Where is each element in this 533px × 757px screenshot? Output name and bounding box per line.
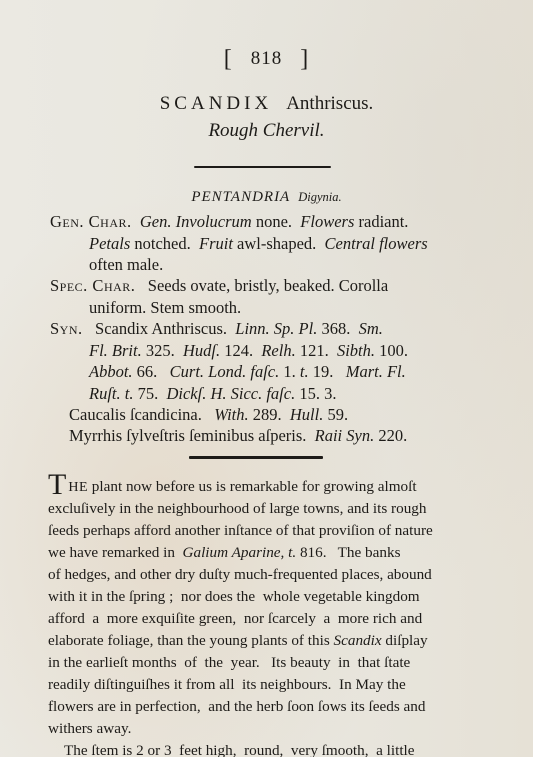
line-content: HE plant now before us is remarkable for… [68, 478, 416, 495]
text-run: 121. [296, 341, 337, 360]
italic-text: Flowers [300, 212, 354, 231]
text-run: 75. [133, 384, 166, 403]
text-run: we have remarked in [48, 544, 183, 561]
text-run: readily diſtinguiſhes it from all its ne… [48, 676, 406, 693]
italic-text: With. [214, 405, 248, 424]
italic-text: Gen. Involucrum [140, 212, 252, 231]
divider-rule [189, 456, 323, 459]
text-run: 368. [317, 319, 358, 338]
text-run: 124. [220, 341, 261, 360]
linnaean-classification: PENTANDRIADigynia. [0, 189, 533, 206]
body-line-5: of hedges, and other dry duſty much-freq… [48, 566, 432, 584]
italic-text: Raii Syn. [315, 426, 375, 445]
syn-line-1: Syn. Scandix Anthriscus. Linn. Sp. Pl. 3… [50, 319, 383, 339]
line-content: Seeds ovate, bristly, beaked. Corolla [148, 276, 388, 295]
close-bracket: ] [300, 46, 309, 72]
text-run: often male. [89, 255, 163, 274]
species-title: SCANDIXAnthriscus. [0, 93, 533, 115]
species-name: Anthriscus. [286, 93, 373, 114]
text-run: 1. [279, 362, 300, 381]
italic-text: Central flowers [325, 234, 428, 253]
text-run: 100. [375, 341, 408, 360]
order-name: Digynia. [298, 190, 341, 204]
open-bracket: [ [224, 46, 233, 72]
syn-line-4: Ruſt. t. 75. Dickſ. H. Sicc. faſc. 15. 3… [89, 384, 336, 404]
text-run: in the earlieſt months of the year. Its … [48, 654, 410, 671]
spec-char-line-1: Spec. Char. Seeds ovate, bristly, beaked… [50, 276, 388, 296]
book-page: [818] SCANDIXAnthriscus. Rough Chervil. … [0, 0, 533, 757]
syn-line-5: Caucalis ſcandicina. With. 289. Hull. 59… [69, 405, 348, 425]
body-line-8: elaborate foliage, than the young plants… [48, 632, 428, 650]
body-line-4: we have remarked in Galium Aparine, t. 8… [48, 544, 400, 562]
syn-line-3: Abbot. 66. Curt. Lond. faſc. 1. t. 19. M… [89, 362, 406, 382]
body-line-9: in the earlieſt months of the year. Its … [48, 654, 410, 672]
text-run: Caucalis ſcandicina. [69, 405, 214, 424]
text-run: 289. [249, 405, 290, 424]
divider-rule [194, 166, 331, 168]
gen-char-label: Gen. Char. [50, 212, 132, 231]
italic-text: Scandix [334, 632, 382, 649]
italic-text: Hull. [290, 405, 323, 424]
text-run: 59. [323, 405, 348, 424]
italic-text: Relh. [261, 341, 295, 360]
italic-text: Ruſt. t. [89, 384, 133, 403]
page-number-line: [818] [0, 46, 533, 73]
text-run: elaborate foliage, than the young plants… [48, 632, 334, 649]
text-run: 19. [309, 362, 346, 381]
body-line-12: withers away. [48, 720, 131, 738]
text-run: 220. [374, 426, 407, 445]
italic-text: Abbot. [89, 362, 133, 381]
gen-char-line-3: often male. [89, 255, 163, 275]
genus-name: SCANDIX [160, 93, 272, 114]
text-run: awl-shaped. [233, 234, 325, 253]
text-run: Scandix Anthriscus. [95, 319, 235, 338]
syn-label: Syn. [50, 319, 83, 338]
italic-text: Fruit [199, 234, 233, 253]
italic-text: Linn. Sp. Pl. [235, 319, 317, 338]
gen-char-line-2: Petals notched. Fruit awl-shaped. Centra… [89, 234, 428, 254]
text-run: diſplay [382, 632, 428, 649]
text-run: The ſtem is 2 or 3 feet high, round, ver… [64, 742, 415, 757]
text-run: withers away. [48, 720, 131, 737]
small-caps-text: HE [68, 480, 88, 495]
line-content: Scandix Anthriscus. Linn. Sp. Pl. 368. S… [95, 319, 383, 338]
text-run: notched. [130, 234, 199, 253]
italic-text: Hudſ. [183, 341, 220, 360]
text-run: ſeeds perhaps afford another inſtance of… [48, 522, 433, 539]
text-run: none. [252, 212, 301, 231]
page-number: 818 [251, 48, 283, 69]
text-run: afford a more exquiſite green, nor ſcarc… [48, 610, 422, 627]
body-line-11: flowers are in perfection, and the herb … [48, 698, 425, 716]
text-run: excluſively in the neighbourhood of larg… [48, 500, 427, 517]
text-run: with it in the ſpring ; nor does the who… [48, 588, 420, 605]
class-name: PENTANDRIA [191, 189, 290, 205]
gen-char-line-1: Gen. Char. Gen. Involucrum none. Flowers… [50, 212, 408, 232]
spec-char-label: Spec. Char. [50, 276, 135, 295]
italic-text: t. [300, 362, 309, 381]
syn-line-6: Myrrhis ſylveſtris ſeminibus aſperis. Ra… [69, 426, 407, 446]
text-run: 325. [142, 341, 183, 360]
italic-text: Galium Aparine, t. [183, 544, 297, 561]
text-run: flowers are in perfection, and the herb … [48, 698, 425, 715]
line-content: Gen. Involucrum none. Flowers radiant. [140, 212, 409, 231]
body-line-6: with it in the ſpring ; nor does the who… [48, 588, 420, 606]
text-run: plant now before us is remarkable for gr… [88, 478, 417, 495]
body-line-13: The ſtem is 2 or 3 feet high, round, ver… [64, 742, 415, 757]
body-line-7: afford a more exquiſite green, nor ſcarc… [48, 610, 422, 628]
common-name: Rough Chervil. [0, 120, 533, 142]
body-line-1: THE plant now before us is remarkable fo… [48, 470, 417, 500]
body-line-2: excluſively in the neighbourhood of larg… [48, 500, 427, 518]
italic-text: Dickſ. H. Sicc. faſc. [166, 384, 295, 403]
body-line-3: ſeeds perhaps afford another inſtance of… [48, 522, 433, 540]
text-run: radiant. [354, 212, 408, 231]
body-line-10: readily diſtinguiſhes it from all its ne… [48, 676, 406, 694]
italic-text: Sm. [359, 319, 383, 338]
text-run: 66. [133, 362, 170, 381]
italic-text: Sibth. [337, 341, 375, 360]
italic-text: Curt. Lond. faſc. [170, 362, 280, 381]
drop-cap: T [48, 468, 66, 501]
italic-text: Fl. Brit. [89, 341, 142, 360]
text-run: of hedges, and other dry duſty much-freq… [48, 566, 432, 583]
text-run: 15. 3. [295, 384, 336, 403]
italic-text: Petals [89, 234, 130, 253]
syn-line-2: Fl. Brit. 325. Hudſ. 124. Relh. 121. Sib… [89, 341, 408, 361]
text-run: 816. The banks [296, 544, 400, 561]
italic-text: Mart. Fl. [346, 362, 406, 381]
text-run: Myrrhis ſylveſtris ſeminibus aſperis. [69, 426, 315, 445]
spec-char-line-2: uniform. Stem smooth. [89, 298, 241, 318]
